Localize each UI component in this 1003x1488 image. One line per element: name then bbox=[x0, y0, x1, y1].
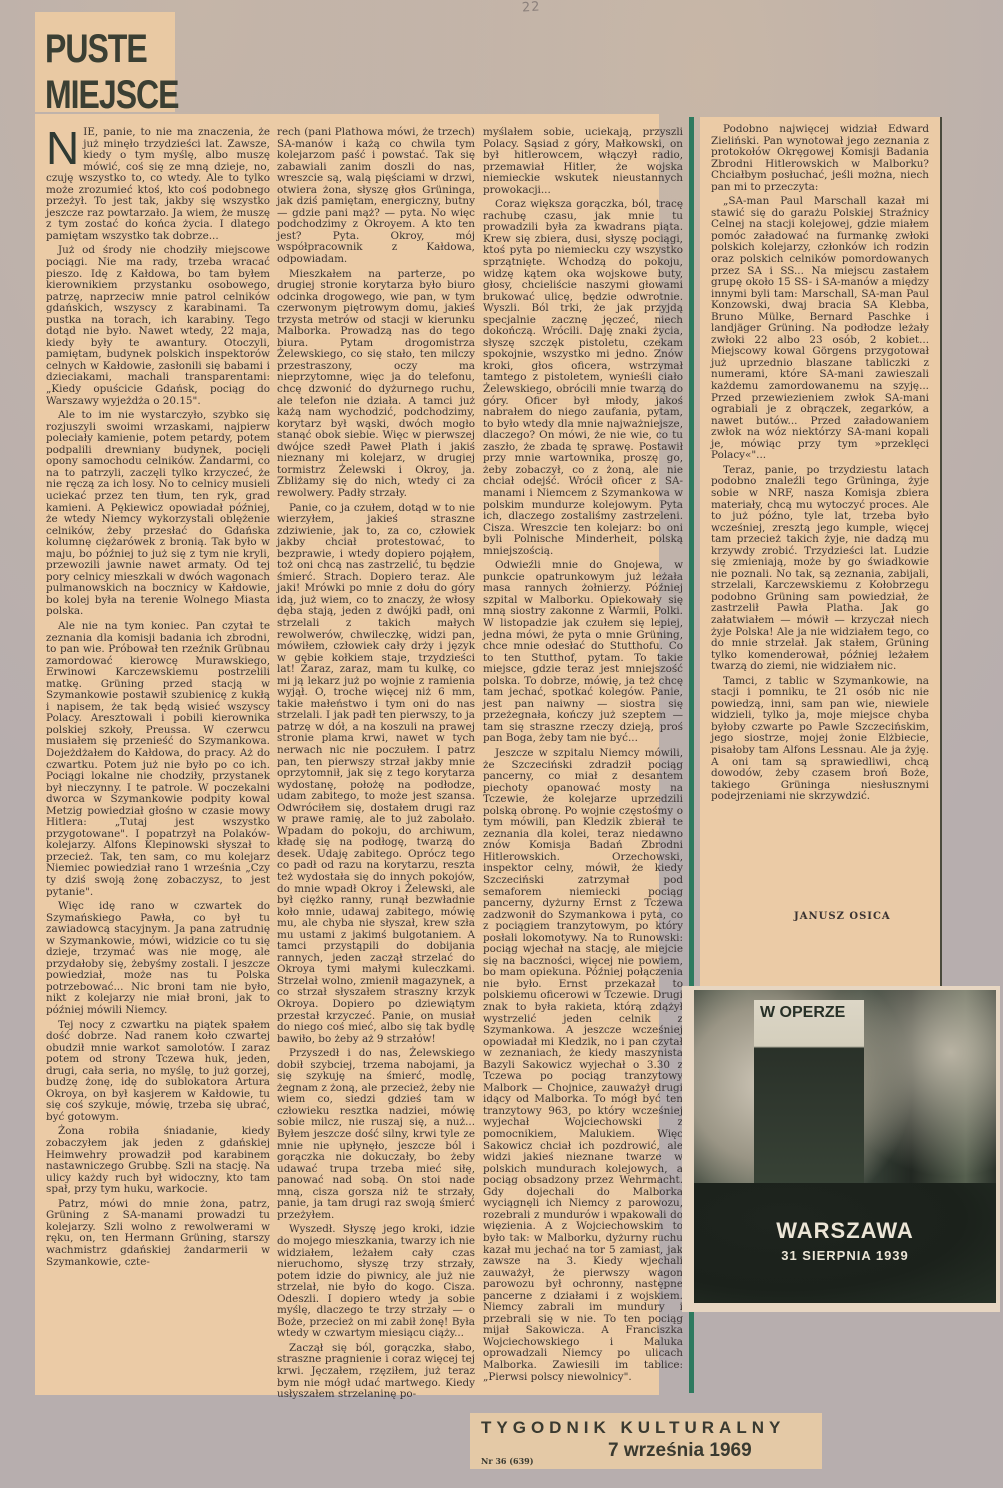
publication-name: TYGODNIK KULTURALNY bbox=[481, 1418, 785, 1438]
paragraph: Podobno najwięcej widział Edward Zielińs… bbox=[711, 124, 929, 193]
paragraph: Wyszedł. Słyszę jego kroki, idzie do moj… bbox=[277, 1224, 475, 1339]
paragraph: Tamci, z tablic w Szymankowie, na stacji… bbox=[711, 676, 929, 803]
paragraph: Już od środy nie chodziły miejscowe poci… bbox=[46, 245, 270, 407]
paragraph: rech (pani Plathowa mówi, że trzech) SA-… bbox=[277, 127, 475, 266]
paragraph: Patrz, mówi do mnie żona, patrz, Grüning… bbox=[46, 1199, 270, 1268]
paragraph: Ale to im nie wystarczyło, szybko się ro… bbox=[46, 410, 270, 618]
paragraph: Jeszcze w szpitalu Niemcy mówili, że Szc… bbox=[483, 748, 683, 1383]
paragraph: Zaczął się ból, gorączka, słabo, straszn… bbox=[277, 1343, 475, 1401]
paragraph: myślałem sobie, uciekają, przyszli Polac… bbox=[483, 127, 683, 196]
headline-line-2: MIEJSCE bbox=[45, 74, 178, 114]
paragraph: NIE, panie, to nie ma znaczenia, że już … bbox=[46, 127, 270, 242]
paragraph: Żona robiła śniadanie, kiedy zobaczyłem … bbox=[46, 1126, 270, 1195]
article-column-3: myślałem sobie, uciekają, przyszli Polac… bbox=[483, 127, 683, 1386]
paragraph: Panie, co ja czułem, dotąd w to nie wier… bbox=[277, 503, 475, 1046]
headline-box: PUSTE MIEJSCE bbox=[35, 12, 175, 112]
paragraph: Przyszedł i do nas, Żelewskiego dobił sz… bbox=[277, 1048, 475, 1221]
paragraph: Ale nie na tym koniec. Pan czytał te zez… bbox=[46, 621, 270, 898]
paragraph: Teraz, panie, po trzydziestu latach podo… bbox=[711, 465, 929, 673]
publication-date: 7 września 1969 bbox=[608, 1440, 752, 1462]
advertising-column: W OPERZE bbox=[754, 1000, 864, 1210]
article-column-2: rech (pani Plathowa mówi, że trzech) SA-… bbox=[277, 127, 475, 1404]
paragraph: Tej nocy z czwartku na piątek spałem doś… bbox=[46, 1020, 270, 1124]
poster-title: W OPERZE bbox=[760, 1004, 845, 1022]
author-byline: JANUSZ OSICA bbox=[794, 911, 891, 922]
article-column-1: NIE, panie, to nie ma znaczenia, że już … bbox=[46, 127, 270, 1271]
paragraph: Odwieźli mnie do Gnojewa, w punkcie opat… bbox=[483, 560, 683, 745]
paragraph: „SA-man Paul Marschall kazał mi stawić s… bbox=[711, 196, 929, 462]
paragraph: Coraz większa gorączka, ból, tracę rachu… bbox=[483, 199, 683, 557]
paragraph: Więc idę rano w czwartek do Szymańskiego… bbox=[46, 901, 270, 1016]
headline-line-1: PUSTE bbox=[45, 28, 147, 68]
article-column-4: Podobno najwięcej widział Edward Zielińs… bbox=[711, 124, 929, 806]
photo-caption-city: WARSZAWA bbox=[694, 1218, 996, 1244]
issue-number: Nr 36 (639) bbox=[481, 1456, 534, 1466]
archive-page-number: 22 bbox=[521, 0, 541, 16]
paragraph: Mieszkałem na parterze, po drugiej stron… bbox=[277, 269, 475, 500]
photo-caption-date: 31 SIERPNIA 1939 bbox=[694, 1248, 996, 1263]
historical-photo: W OPERZE CZKA OBR WARSZAWA 31 SIERPNIA 1… bbox=[694, 990, 996, 1303]
drop-cap: N bbox=[46, 129, 79, 167]
